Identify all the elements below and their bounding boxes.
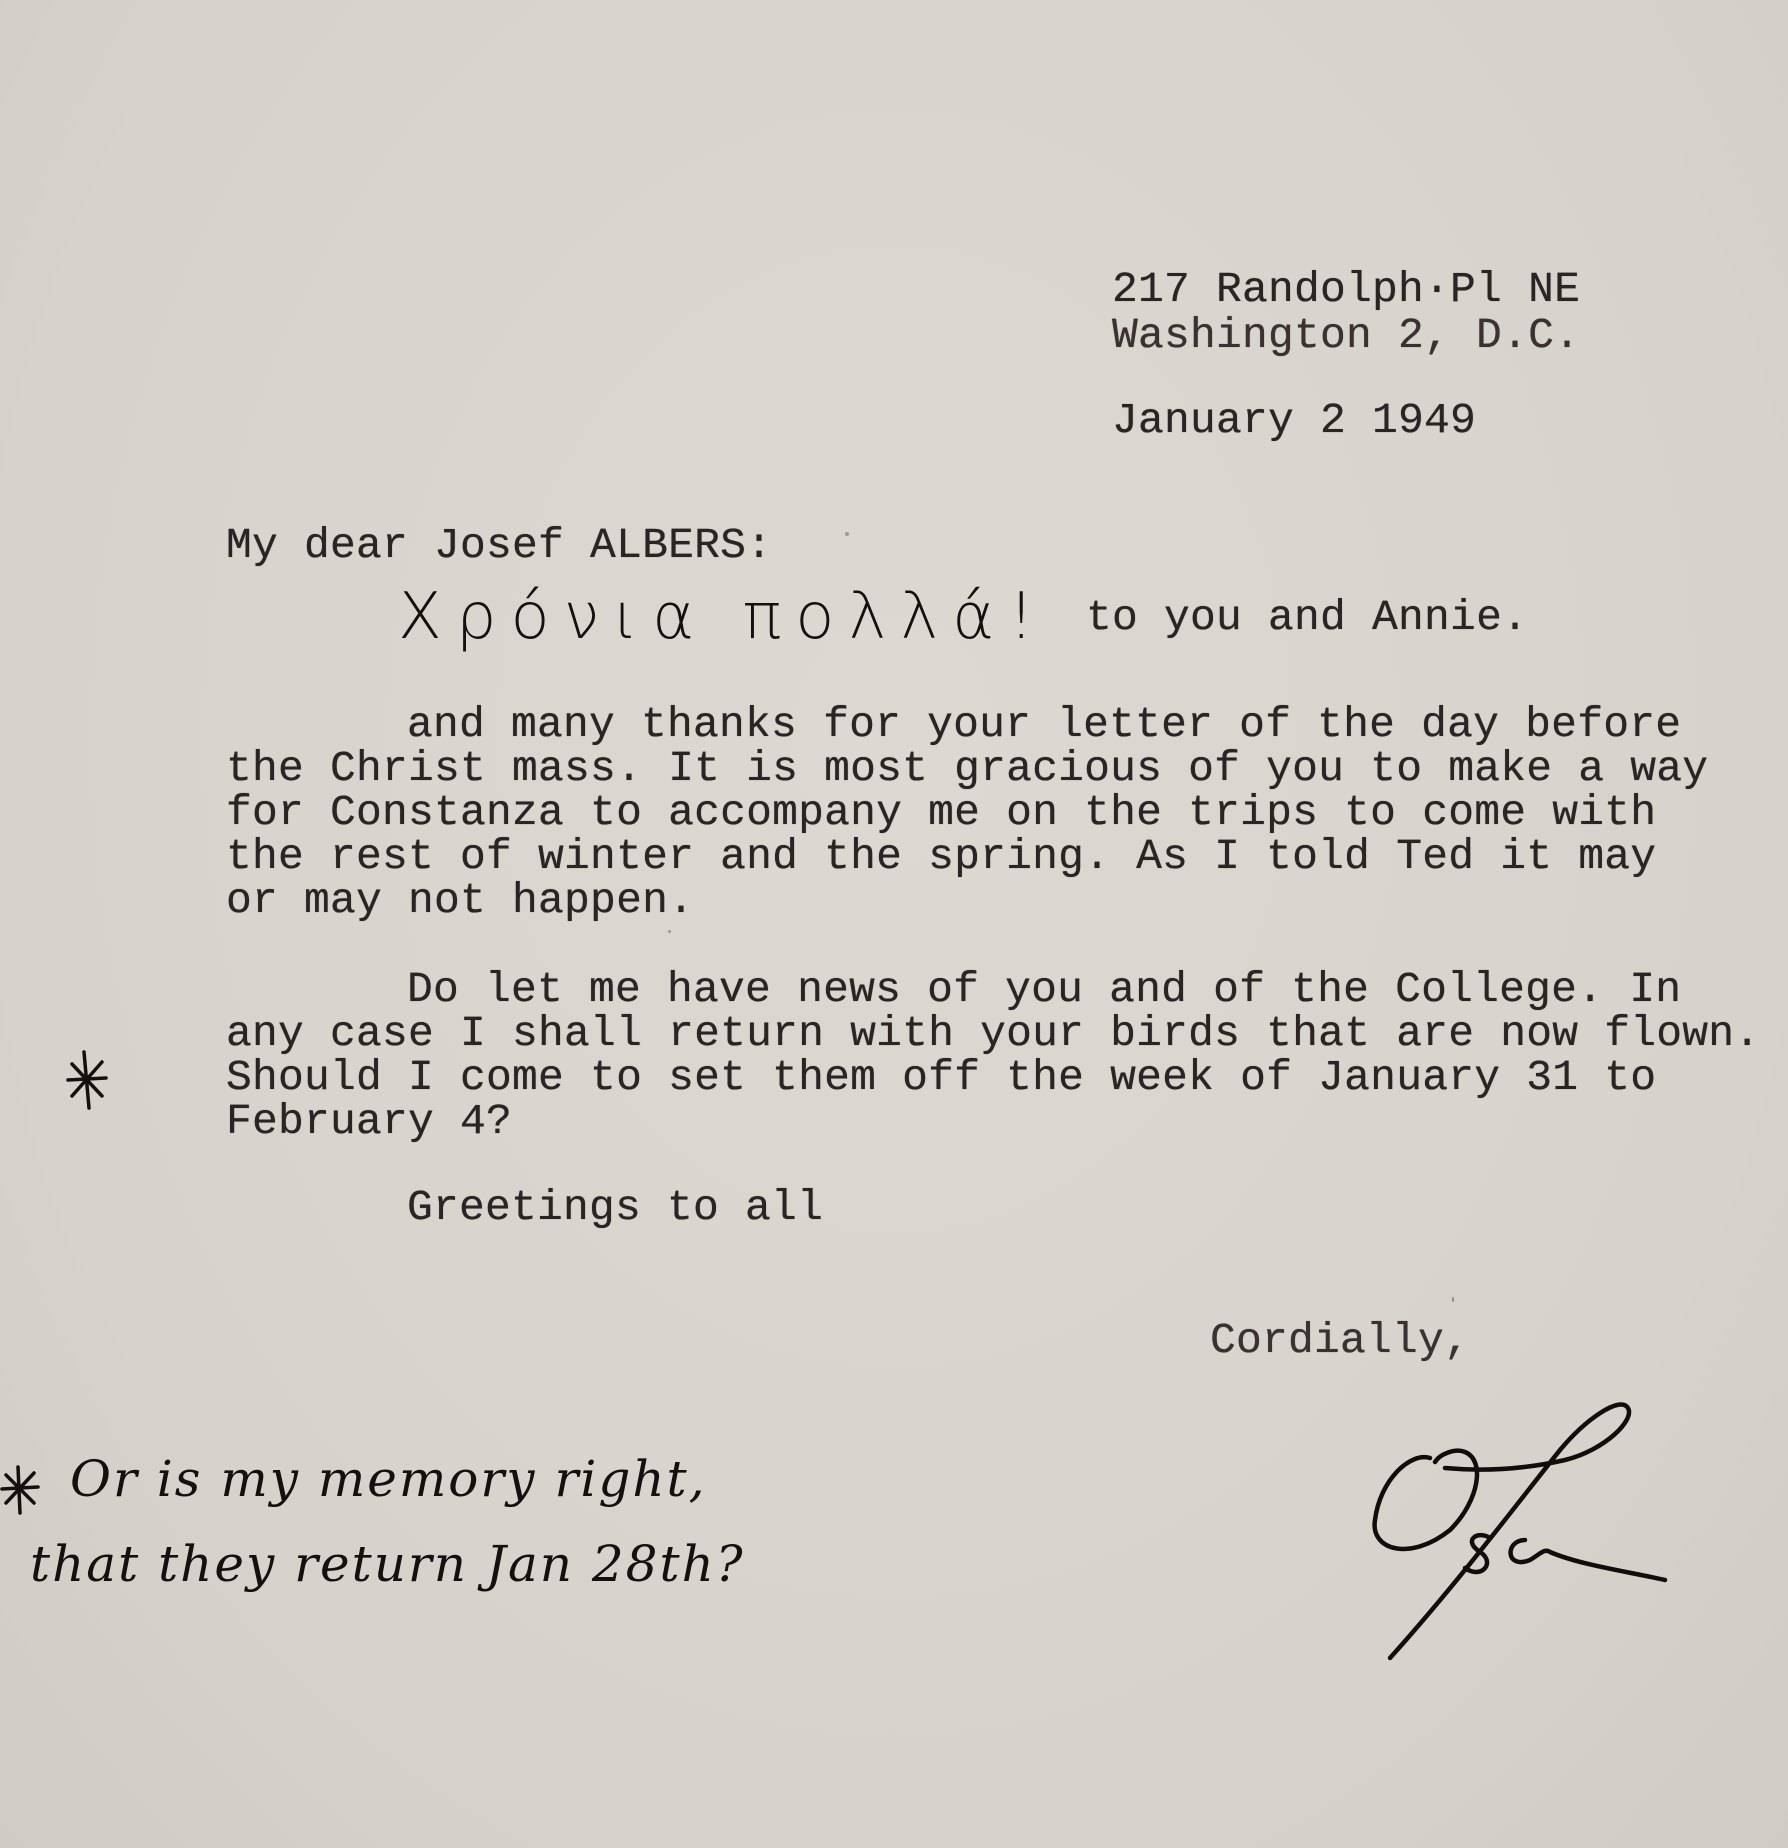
greek-greeting-handwritten: Χρόνια πολλά! (398, 580, 1048, 654)
handwritten-note-line-1: Or is my memory right, (70, 1450, 707, 1508)
body-p1-line-4: the rest of winter and the spring. As I … (226, 835, 1656, 879)
paper-speck (668, 930, 671, 933)
margin-asterisk-icon (62, 1050, 112, 1110)
body-p2-line-2: any case I shall return with your birds … (226, 1012, 1760, 1056)
handwritten-note-line-2: that they return Jan 28th? (30, 1535, 745, 1593)
body-p1-line-1: and many thanks for your letter of the d… (407, 703, 1681, 747)
body-p2-line-1: Do let me have news of you and of the Co… (407, 968, 1681, 1012)
signature: Olson (1370, 1390, 1690, 1660)
letter-date: January 2 1949 (1112, 399, 1476, 443)
address-line-1: 217 Randolph·Pl NE (1112, 268, 1580, 312)
paper-speck (845, 532, 849, 536)
salutation: My dear Josef ALBERS: (226, 524, 772, 568)
body-p1-line-5: or may not happen. (226, 879, 694, 923)
body-p2-line-4: February 4? (226, 1100, 512, 1144)
note-asterisk-icon (0, 1465, 44, 1515)
greek-greeting-continuation: to you and Annie. (1086, 596, 1528, 640)
valediction: Cordially, (1210, 1319, 1470, 1363)
address-line-2: Washington 2, D.C. (1112, 314, 1580, 358)
body-p1-line-2: the Christ mass. It is most gracious of … (226, 747, 1708, 791)
body-p1-line-3: for Constanza to accompany me on the tri… (226, 791, 1656, 835)
paper-speck (1452, 1297, 1454, 1302)
body-p2-line-3: Should I come to set them off the week o… (226, 1056, 1656, 1100)
greetings-line: Greetings to all (407, 1186, 823, 1230)
